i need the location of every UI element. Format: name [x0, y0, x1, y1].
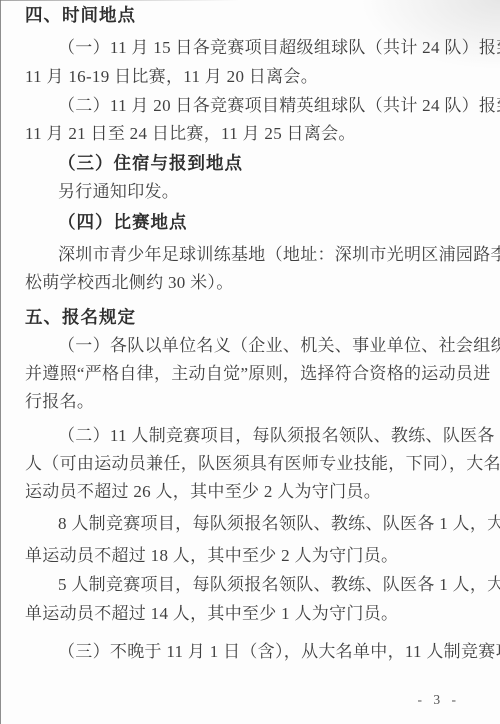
text-line: 深圳市青少年足球训练基地（地址：深圳市光明区浦园路李: [25, 243, 479, 267]
text-line: 单运动员不超过 14 人，其中至少 1 人为守门员。: [25, 602, 479, 626]
text-line: 11 月 21 日至 24 日比赛，11 月 25 日离会。: [25, 122, 479, 146]
text-line: （二）11 人制竞赛项目，每队须报名领队、教练、队医各 1: [25, 424, 479, 448]
text-line: 并遵照“严格自律，主动自觉”原则，选择符合资格的运动员进: [25, 362, 479, 386]
text-line: 行报名。: [25, 390, 479, 414]
scan-edge-top: [0, 0, 240, 1]
sub-heading-lodging: （三）住宿与报到地点: [25, 151, 479, 175]
text-line: 11 月 16-19 日比赛，11 月 20 日离会。: [25, 65, 479, 89]
scan-edge-left: [0, 0, 1, 724]
text-line: 另行通知印发。: [25, 180, 479, 204]
text-line: （二）11 月 20 日各竞赛项目精英组球队（共计 24 队）报到，: [25, 94, 479, 118]
section-heading-5: 五、报名规定: [25, 305, 479, 329]
text-line: （三）不晚于 11 月 1 日（含），从大名单中，11 人制竞赛项: [25, 640, 479, 664]
sub-heading-venue: （四）比赛地点: [25, 210, 479, 234]
text-line: 松萌学校西北侧约 30 米）。: [25, 271, 479, 295]
text-line: 单运动员不超过 18 人，其中至少 2 人为守门员。: [25, 544, 479, 568]
text-line: （一）11 月 15 日各竞赛项目超级组球队（共计 24 队）报到，: [25, 36, 479, 60]
text-line: 运动员不超过 26 人，其中至少 2 人为守门员。: [25, 480, 479, 504]
text-line: 5 人制竞赛项目，每队须报名领队、教练、队医各 1 人，大名: [25, 573, 479, 597]
section-heading-4: 四、时间地点: [25, 3, 479, 27]
document-page: 四、时间地点 （一）11 月 15 日各竞赛项目超级组球队（共计 24 队）报到…: [25, 3, 479, 721]
page-number: - 3 -: [418, 692, 461, 708]
text-line: 人（可由运动员兼任，队医须具有医师专业技能，下同），大名单: [25, 452, 479, 476]
text-line: 8 人制竞赛项目，每队须报名领队、教练、队医各 1 人，大名: [25, 512, 479, 536]
text-line: （一）各队以单位名义（企业、机关、事业单位、社会组织)，: [25, 334, 479, 358]
